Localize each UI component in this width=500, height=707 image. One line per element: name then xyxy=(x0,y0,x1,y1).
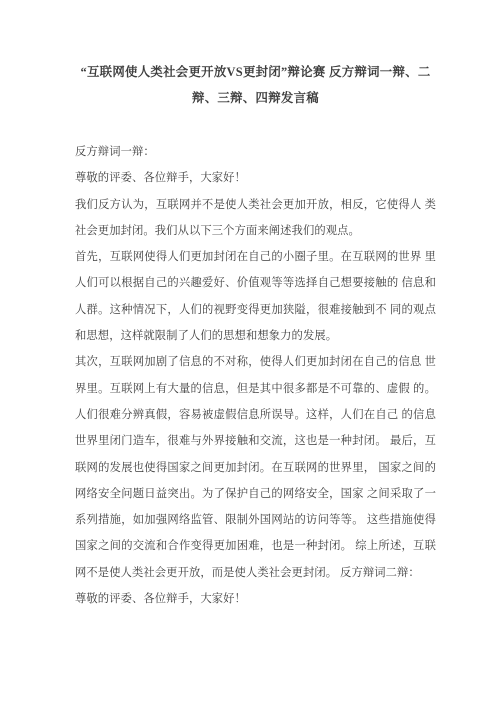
text-line: 首先，互联网使得人们更加封闭在自己的小圈子里。在互联网的世界 里 xyxy=(75,244,436,270)
text-line: 系列措施，如加强网络监管、限制外国网站的访问等等。 这些措施使得 xyxy=(75,507,436,533)
text-line: 人群。这种情况下，人们的视野变得更加狭隘，很难接触到不 同的观点 xyxy=(75,297,436,323)
text-line: 国家之间的交流和合作变得更加困难，也是一种封闭。 综上所述，互联 xyxy=(75,533,436,559)
text-line: 我们反方认为，互联网并不是使人类社会更加开放，相反，它使得人 类 xyxy=(75,192,436,218)
document-title: “互联网使人类社会更开放VS更封闭”辩论赛 反方辩词一辩、二 辩、三辩、四辩发言… xyxy=(75,59,436,111)
text-line: 世界里闭门造车，很难与外界接触和交流，这也是一种封闭。 最后，互 xyxy=(75,428,436,454)
document-title-line-1: “互联网使人类社会更开放VS更封闭”辩论赛 反方辩词一辩、二 xyxy=(75,59,436,85)
document-content: “互联网使人类社会更开放VS更封闭”辩论赛 反方辩词一辩、二 辩、三辩、四辩发言… xyxy=(75,59,436,612)
text-line: 社会更加封闭。我们从以下三个方面来阐述我们的观点。 xyxy=(75,218,436,244)
document-body: 反方辩词一辩： 尊敬的评委、各位辩手，大家好！ 我们反方认为，互联网并不是使人类… xyxy=(75,139,436,612)
text-line: 尊敬的评委、各位辩手，大家好！ xyxy=(75,165,436,191)
document-page: “互联网使人类社会更开放VS更封闭”辩论赛 反方辩词一辩、二 辩、三辩、四辩发言… xyxy=(0,0,500,707)
text-line: 尊敬的评委、各位辩手，大家好！ xyxy=(75,586,436,612)
text-line: 网不是使人类社会更开放，而是使人类社会更封闭。 反方辩词二辩： xyxy=(75,560,436,586)
text-line: 反方辩词一辩： xyxy=(75,139,436,165)
text-line: 联网的发展也使得国家之间更加封闭。在互联网的世界里， 国家之间的 xyxy=(75,455,436,481)
text-line: 其次，互联网加剧了信息的不对称，使得人们更加封闭在自己的信息 世 xyxy=(75,349,436,375)
document-title-line-2: 辩、三辩、四辩发言稿 xyxy=(75,85,436,111)
text-line: 界里。互联网上有大量的信息，但是其中很多都是不可靠的、虚假 的。 xyxy=(75,376,436,402)
text-line: 和思想，这样就限制了人们的思想和想象力的发展。 xyxy=(75,323,436,349)
text-line: 网络安全问题日益突出。为了保护自己的网络安全，国家 之间采取了一 xyxy=(75,481,436,507)
text-line: 人们很难分辨真假，容易被虚假信息所误导。这样，人们在自己 的信息 xyxy=(75,402,436,428)
text-line: 人们可以根据自己的兴趣爱好、价值观等等选择自己想要接触的 信息和 xyxy=(75,270,436,296)
